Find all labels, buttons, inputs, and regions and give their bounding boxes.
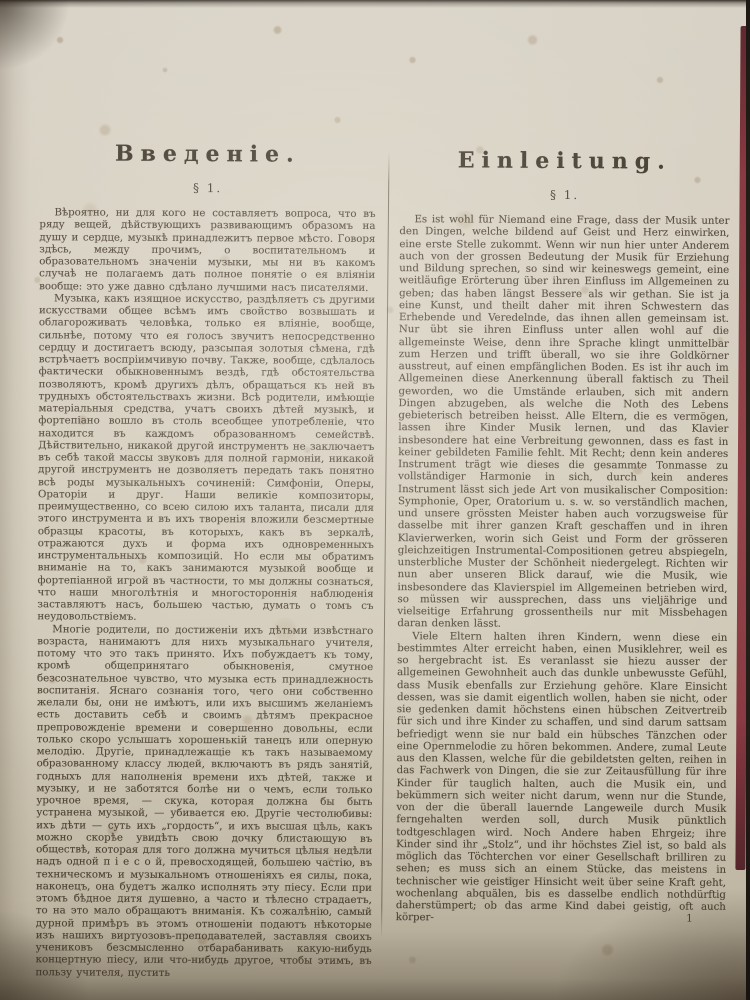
left-section-mark: § 1.: [40, 180, 376, 196]
left-column: Введеніе. § 1. Вѣроятно, ни для кого не …: [35, 140, 375, 980]
photo-right-shadow: [746, 0, 750, 1000]
right-section-mark: § 1.: [400, 187, 730, 203]
right-column: Einleitung. § 1. Es ist wohl für Niemand…: [396, 147, 730, 926]
book-page: Введеніе. § 1. Вѣроятно, ни для кого не …: [0, 0, 750, 1000]
page-number: 1: [686, 913, 693, 925]
left-column-title: Введеніе.: [40, 140, 376, 168]
column-divider: [381, 152, 390, 938]
left-paragraph-3: Многіе родители, по достиженіи ихъ дѣтьм…: [35, 624, 373, 981]
left-paragraph-1: Вѣроятно, ни для кого не составляетъ воп…: [39, 207, 375, 295]
right-paragraph-1: Es ist wohl für Niemand eine Frage, dass…: [397, 214, 729, 632]
book-photo: Введеніе. § 1. Вѣроятно, ни для кого не …: [0, 0, 750, 1000]
right-paragraph-2: Viele Eltern halten ihren Kindern, wenn …: [396, 631, 728, 927]
right-column-title: Einleitung.: [400, 147, 730, 175]
left-paragraph-2: Музыка, какъ изящное искусство, раздѣляе…: [37, 293, 375, 626]
page-content: Введеніе. § 1. Вѣроятно, ни для кого не …: [0, 0, 750, 1000]
